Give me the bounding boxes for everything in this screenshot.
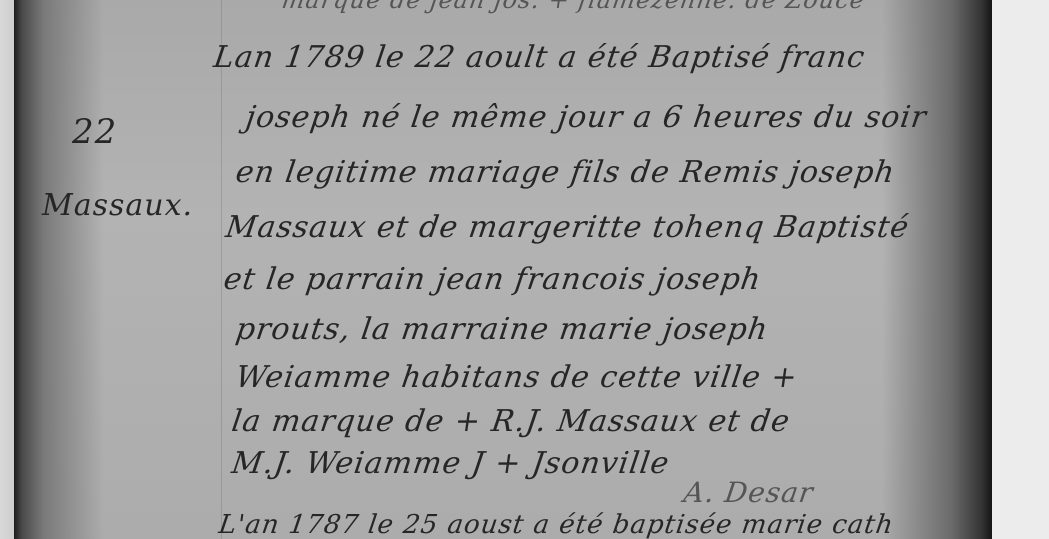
margin-surname: Massaux. xyxy=(42,188,193,223)
line-1: Lan 1789 le 22 aoult a été Baptisé franc xyxy=(212,40,868,75)
line-0: marque de jean jos. + flamezenne. de Zou… xyxy=(280,0,867,14)
line-6: prouts, la marraine marie joseph xyxy=(234,312,771,347)
margin-rule xyxy=(221,0,222,539)
line-3: en legitime mariage fils de Remis joseph xyxy=(234,155,898,190)
line-9: M.J. Weiamme J + Jsonville xyxy=(230,446,672,481)
entry-number: 22 xyxy=(72,112,117,152)
line-4: Massaux et de margeritte tohenq Baptisté xyxy=(224,210,912,245)
signature-desar: A. Desar xyxy=(682,476,816,509)
scan-right-background xyxy=(992,0,1049,539)
line-11: L'an 1787 le 25 aoust a été baptisée mar… xyxy=(217,510,896,539)
scan-left-edge xyxy=(0,0,14,539)
line-7: Weiamme habitans de cette ville + xyxy=(234,360,801,395)
line-2: joseph né le même jour a 6 heures du soi… xyxy=(244,100,929,135)
register-page: 22 Massaux. marque de jean jos. + flamez… xyxy=(14,0,992,539)
line-8: la marque de + R.J. Massaux et de xyxy=(230,404,793,439)
line-5: et le parrain jean francois joseph xyxy=(222,262,764,297)
